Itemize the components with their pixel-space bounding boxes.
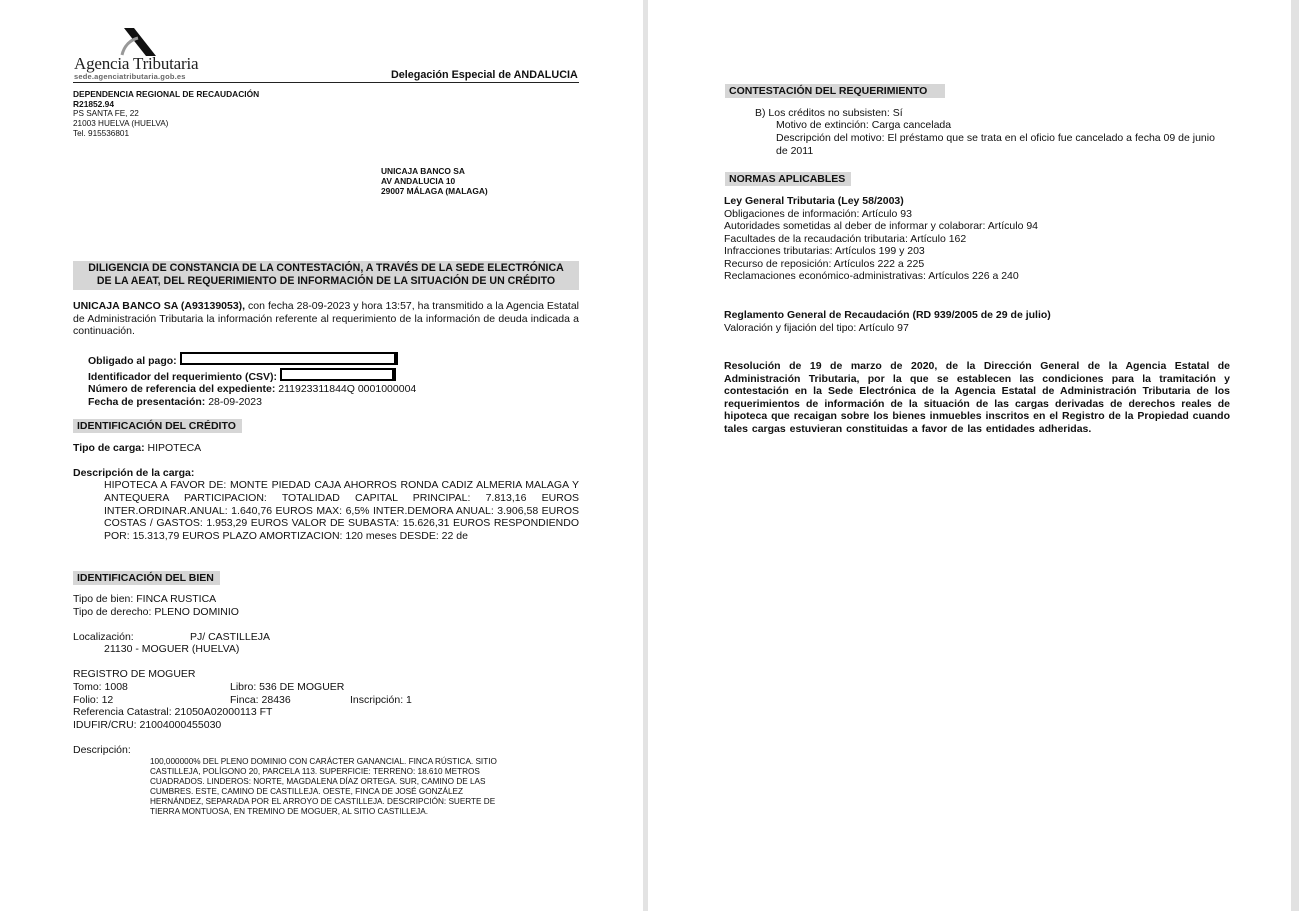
tipo-carga: Tipo de carga: HIPOTECA [73,442,201,455]
section-credito-heading: IDENTIFICACIÓN DEL CRÉDITO [73,416,242,434]
lgt-item: Autoridades sometidas al deber de inform… [724,220,1038,233]
lgt-item: Infracciones tributarias: Artículos 199 … [724,245,1038,258]
bien-tipos: Tipo de bien: FINCA RUSTICA Tipo de dere… [73,593,239,618]
tipo-carga-value: HIPOTECA [145,442,202,454]
redacted-obligado [180,352,398,365]
intro-entity: UNICAJA BANCO SA (A93139053), [73,300,245,312]
sender-dept: DEPENDENCIA REGIONAL DE RECAUDACIÓN [73,89,259,99]
ref-label: Número de referencia del expediente: [88,383,275,395]
lgt-item: Reclamaciones económico-administrativas:… [724,270,1038,283]
libro: Libro: 536 DE MOGUER [230,681,344,694]
lgt-item: Obligaciones de información: Artículo 93 [724,208,1038,221]
logo-title: Agencia Tributaria [74,54,198,74]
section-contestacion-heading: CONTESTACIÓN DEL REQUERIMIENTO [725,81,945,99]
bien-desc-label: Descripción: [73,744,131,757]
rgr-block: Reglamento General de Recaudación (RD 93… [724,309,1051,334]
sender-phone: Tel. 915536801 [73,129,259,139]
credito-heading-text: IDENTIFICACIÓN DEL CRÉDITO [73,419,242,433]
request-fields: Obligado al pago: Identificador del requ… [88,352,416,408]
intro-paragraph: UNICAJA BANCO SA (A93139053), con fecha … [73,300,579,338]
recipient-city: 29007 MÁLAGA (MALAGA) [381,186,488,196]
document-title: DILIGENCIA DE CONSTANCIA DE LA CONTESTAC… [73,261,579,290]
section-bien-heading: IDENTIFICACIÓN DEL BIEN [73,568,220,586]
bien-desc-line: CUMBRES. ESTE, CAMINO DE CASTILLEJA. OES… [150,787,497,797]
desc-carga-value: HIPOTECA A FAVOR DE: MONTE PIEDAD CAJA A… [104,479,579,543]
sender-block: DEPENDENCIA REGIONAL DE RECAUDACIÓN R218… [73,89,259,139]
recipient-block: UNICAJA BANCO SA AV ANDALUCIA 10 29007 M… [381,166,488,197]
title-line-1: DILIGENCIA DE CONSTANCIA DE LA CONTESTAC… [73,262,579,275]
contestacion-heading-text: CONTESTACIÓN DEL REQUERIMIENTO [725,84,945,98]
sender-code: R21852.94 [73,99,259,109]
bien-heading-text: IDENTIFICACIÓN DEL BIEN [73,571,220,585]
sender-city: 21003 HUELVA (HUELVA) [73,119,259,129]
csv-label: Identificador del requerimiento (CSV): [88,371,277,383]
normas-heading-text: NORMAS APLICABLES [725,172,851,186]
fecha-value: 28-09-2023 [205,396,262,408]
lgt-title: Ley General Tributaria (Ley 58/2003) [724,195,1038,208]
localizacion-label: Localización: [73,631,134,644]
localizacion-value: PJ/ CASTILLEJA [190,631,270,644]
lgt-block: Ley General Tributaria (Ley 58/2003) Obl… [724,195,1038,283]
header-rule [73,82,579,83]
tipo-derecho: Tipo de derecho: PLENO DOMINIO [73,606,239,619]
logo-url: sede.agenciatributaria.gob.es [74,72,186,81]
tipo-carga-label: Tipo de carga: [73,442,145,454]
sender-address: PS SANTA FE, 22 [73,109,259,119]
recipient-name: UNICAJA BANCO SA [381,166,488,176]
delegation-title: Delegación Especial de ANDALUCIA [391,69,578,81]
fecha-label: Fecha de presentación: [88,396,205,408]
resolucion-paragraph: Resolución de 19 de marzo de 2020, de la… [724,360,1230,436]
creditos-no-subsisten: B) Los créditos no subsisten: Sí [755,107,903,120]
folio: Folio: 12 [73,694,113,707]
ref-value: 211923311844Q 0001000004 [275,383,416,395]
bien-desc-line: CUADRADOS. LINDEROS: NORTE, MAGDALENA DÍ… [150,777,497,787]
tipo-bien: Tipo de bien: FINCA RUSTICA [73,593,239,606]
inscripcion: Inscripción: 1 [350,694,412,707]
document-page-1: Agencia Tributaria sede.agenciatributari… [0,0,643,911]
obligado-label: Obligado al pago: [88,355,177,367]
lgt-item: Facultades de la recaudación tributaria:… [724,233,1038,246]
desc-carga-label: Descripción de la carga: [73,467,194,480]
bien-desc-line: CASTILLEJA, POLÍGONO 20, PARCELA 113. SU… [150,767,497,777]
redacted-csv [280,368,396,381]
section-normas-heading: NORMAS APLICABLES [725,169,851,187]
tomo: Tomo: 1008 [73,681,128,694]
recipient-address: AV ANDALUCIA 10 [381,176,488,186]
rgr-item: Valoración y fijación del tipo: Artículo… [724,322,1051,335]
bien-desc-line: 100,000000% DEL PLENO DOMINIO CON CARÁCT… [150,757,497,767]
viewer-edge [1291,0,1299,911]
rgr-title: Reglamento General de Recaudación (RD 93… [724,309,1051,322]
lgt-item: Recurso de reposición: Artículos 222 a 2… [724,258,1038,271]
bien-desc-value: 100,000000% DEL PLENO DOMINIO CON CARÁCT… [150,757,497,817]
bien-desc-line: HERNÁNDEZ, SEPARADA POR EL ARROYO DE CAS… [150,797,497,807]
bien-desc-line: TIERRA MONTUOSA, EN TREMINO DE MOGUER, A… [150,807,497,817]
referencia-catastral: Referencia Catastral: 21050A02000113 FT [73,706,272,719]
document-page-2: CONTESTACIÓN DEL REQUERIMIENTO B) Los cr… [648,0,1291,911]
finca: Finca: 28436 [230,694,291,707]
localizacion-city: 21130 - MOGUER (HUELVA) [104,643,239,656]
title-line-2: DE LA AEAT, DEL REQUERIMIENTO DE INFORMA… [73,275,579,288]
descripcion-motivo: Descripción del motivo: El préstamo que … [776,132,1216,157]
motivo-extincion: Motivo de extinción: Carga cancelada [776,119,951,132]
idufir: IDUFIR/CRU: 21004000455030 [73,719,221,732]
registro: REGISTRO DE MOGUER [73,668,196,681]
